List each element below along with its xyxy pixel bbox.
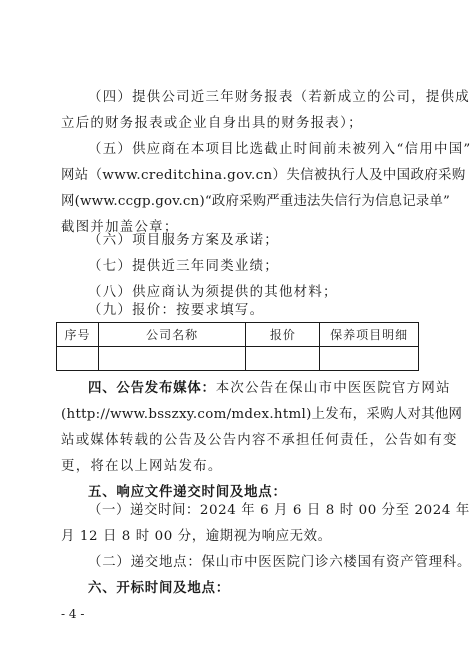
section-5-sub-1-line-1: （一）递交时间：2024 年 6 月 6 日 8 时 00 分至 2024 年 … — [88, 503, 414, 519]
item-5-line-3: 网(www.ccgp.gov.cn)“政府采购严重违法失信行为信息记录单” — [61, 194, 414, 210]
section-4-text: 本次公告在保山市中医医院官方网站 — [216, 381, 451, 396]
cell-quote — [246, 347, 320, 371]
section-4-line-2: (http://www.bsszxy.com/mdex.html)上发布，采购人… — [61, 407, 414, 423]
section-5-heading: 五、响应文件递交时间及地点： — [88, 485, 414, 501]
item-5-line-1: （五）供应商在本项目比选截止时间前未被列入“信用中国” — [88, 142, 414, 158]
section-4-line-3: 站或媒体转载的公告及公告内容不承担任何责任，公告如有变 — [61, 433, 414, 449]
header-maintenance-details: 保养项目明细 — [320, 323, 419, 347]
section-4-line-1: 四、公告发布媒体：本次公告在保山市中医医院官方网站 — [88, 381, 414, 397]
item-9: （九）报价：按要求填写。 — [88, 303, 414, 319]
cell-company-name — [98, 347, 246, 371]
cell-maintenance-details — [320, 347, 419, 371]
section-4-line-4: 更，将在以上网站发布。 — [61, 459, 414, 475]
section-5-sub-2: （二）递交地点：保山市中医医院门诊六楼国有资产管理科。 — [88, 555, 414, 571]
section-5-sub-1-line-2: 月 12 日 8 时 00 分，逾期视为响应无效。 — [61, 529, 414, 545]
section-4-heading: 四、公告发布媒体： — [88, 381, 216, 396]
page-number: - 4 - — [61, 607, 84, 621]
item-6: （六）项目服务方案及承诺； — [88, 233, 414, 249]
item-8: （八）供应商认为须提供的其他材料； — [88, 285, 414, 301]
table-header-row: 序号 公司名称 报价 保养项目明细 — [57, 323, 419, 347]
item-4-line-1: （四）提供公司近三年财务报表（若新成立的公司，提供成 — [88, 90, 414, 106]
header-company-name: 公司名称 — [98, 323, 246, 347]
item-7: （七）提供近三年同类业绩； — [88, 259, 414, 275]
header-serial: 序号 — [57, 323, 99, 347]
table-row — [57, 347, 419, 371]
header-quote: 报价 — [246, 323, 320, 347]
cell-serial — [57, 347, 99, 371]
item-4-line-2: 立后的财务报表或企业自身出具的财务报表）； — [61, 116, 414, 132]
quote-table: 序号 公司名称 报价 保养项目明细 — [56, 322, 419, 371]
section-6-heading: 六、开标时间及地点： — [88, 581, 414, 597]
item-5-line-2: 网站（www.creditchina.gov.cn）失信被执行人及中国政府采购 — [61, 168, 414, 184]
